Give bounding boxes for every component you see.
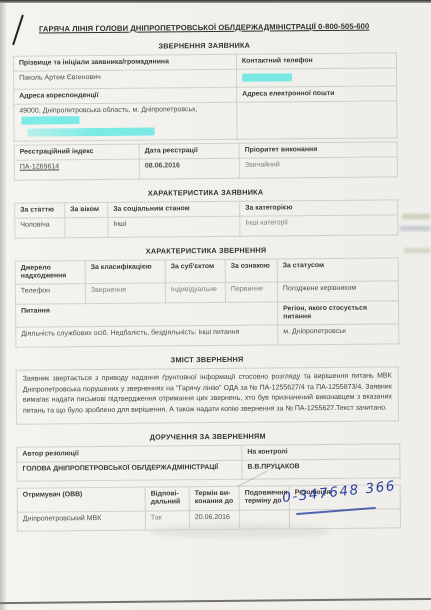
gender-value: Чоловіча — [15, 218, 65, 238]
resolution-author-value: ГОЛОВА ДНІПРОПЕТРОВСЬКОЇ ОБЛДЕРЖАДМІНІСТ… — [17, 460, 242, 481]
deadline-value: 20.06.2016 — [189, 510, 239, 530]
appeal-content-text: Заявник звертається з приводу надання ґр… — [23, 372, 392, 418]
col-gender: За статтю — [15, 202, 65, 218]
category-value: Інші категорії — [240, 215, 398, 236]
col-subject: За суб'єктом — [165, 259, 225, 283]
classification-value: Звернення — [85, 283, 165, 303]
question-label: Питання — [16, 302, 278, 328]
reg-index-label: Реєстраційний індекс — [14, 144, 139, 160]
scan-top-edge — [0, 0, 431, 3]
resolution-table: Автор резолюції На контролі ГОЛОВА ДНІПР… — [16, 443, 400, 482]
phone-label: Контактний телефон — [236, 53, 396, 70]
col-category: За категорією — [240, 199, 398, 216]
reg-index-value: ПА-1269614 — [14, 159, 139, 180]
appeal-profile-table: Джерело надходження За класифікацією За … — [15, 257, 400, 348]
scanned-form: ГАРЯЧА ЛІНІЯ ГОЛОВИ ДНІПРОПЕТРОВСЬКОЇ ОБ… — [0, 0, 431, 532]
registration-table: Реєстраційний індекс Дата реєстрації Прі… — [14, 141, 398, 180]
appeal-content-box: Заявник звертається з приводу надання ґр… — [16, 367, 399, 425]
question-value: Діяльність службових осіб. Недбалість, б… — [16, 325, 278, 347]
section-appeal-title: ЗВЕРНЕННЯ ЗАЯВНИКА — [13, 39, 396, 51]
section-applicant-profile-title: ХАРАКТЕРИСТИКА ЗАЯВНИКА — [14, 186, 397, 198]
status-value: Погоджене керівником — [277, 281, 398, 302]
address-text: 49000, Дніпропетровська область, м. Дніп… — [19, 106, 197, 115]
priority-label: Пріоритет виконання — [239, 141, 397, 158]
scan-left-edge — [0, 0, 7, 610]
sign-value: Первинне — [225, 282, 277, 302]
control-label: На контролі — [242, 443, 400, 460]
age-value — [65, 217, 108, 237]
social-value: Інші — [108, 216, 240, 237]
col-status: За статусом — [277, 257, 398, 282]
responsible-value: Так — [145, 510, 189, 530]
reg-date-value: 08.06.2016 — [139, 158, 239, 179]
col-deadline: Термін ви-конання до — [189, 486, 239, 510]
control-value: В.В.ПРУЦАКОВ — [242, 459, 400, 480]
col-source: Джерело надходження — [15, 260, 85, 284]
document-title: ГАРЯЧА ЛІНІЯ ГОЛОВИ ДНІПРОПЕТРОВСЬКОЇ ОБ… — [13, 21, 396, 33]
scan-bottom-edge — [0, 598, 431, 604]
region-label: Регіон, якого стосується питання — [278, 301, 399, 326]
email-label: Адреса електронної пошти — [237, 86, 397, 103]
col-sign: За ознакою — [225, 259, 277, 283]
col-age: За віком — [65, 202, 108, 218]
applicant-profile-table: За статтю За віком За соціальним станом … — [14, 199, 398, 238]
address-redaction-1 — [21, 116, 79, 125]
email-value — [237, 101, 397, 139]
reg-date-label: Дата реєстрації — [139, 143, 239, 159]
subject-value: Індивідуальне — [165, 283, 225, 303]
section-assignment-title: ДОРУЧЕННЯ ЗА ЗВЕРНЕННЯМ — [16, 430, 399, 442]
col-responsible: Відпові-дальний — [145, 487, 189, 511]
section-appeal-profile-title: ХАРАКТЕРИСТИКА ЗВЕРНЕННЯ — [15, 244, 398, 256]
section-content-title: ЗМІСТ ЗВЕРНЕННЯ — [15, 354, 398, 366]
col-recipient: Отримувач (ОВВ) — [17, 487, 145, 512]
col-classification: За класифікацією — [85, 259, 165, 283]
phone-value — [236, 68, 396, 87]
name-value: Паколь Артем Євгенович — [13, 70, 236, 90]
extension-value — [239, 510, 289, 530]
phone-redaction — [242, 74, 292, 82]
address-value: 49000, Дніпропетровська область, м. Дніп… — [14, 102, 237, 140]
address-redaction-2 — [27, 127, 154, 136]
recipient-value: Дніпропетровський МВК — [17, 511, 145, 532]
priority-value: Звичайний — [239, 157, 397, 178]
region-value: м. Дніпропетровськ — [278, 324, 399, 345]
applicant-table: Прізвище та ініціали заявника/громадянин… — [13, 52, 398, 141]
col-social: За соціальним станом — [108, 201, 240, 217]
source-value: Телефон — [15, 284, 85, 304]
